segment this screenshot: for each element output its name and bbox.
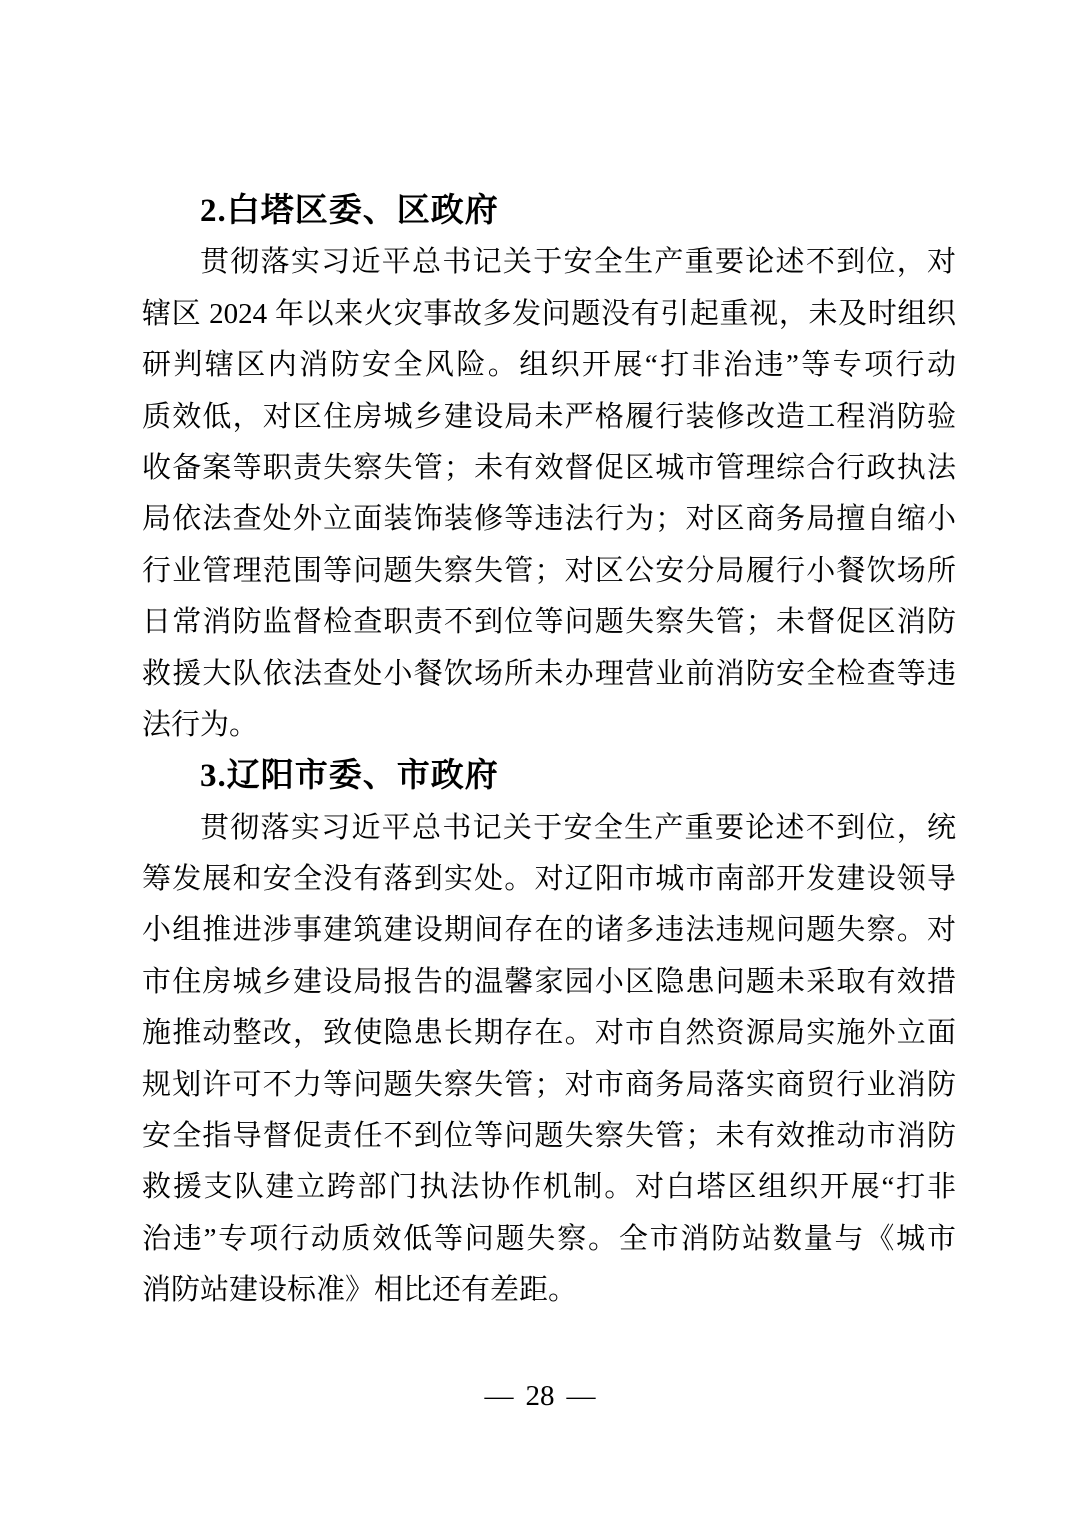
- text-line: 救援支队建立跨部门执法协作机制。对白塔区组织开展“打非: [142, 1162, 956, 1213]
- text-line: 救援大队依法查处小餐饮场所未办理营业前消防安全检查等违: [142, 649, 956, 700]
- page-footer: —28—: [0, 1376, 1080, 1416]
- footer-left-dash: —: [485, 1376, 514, 1416]
- section-heading-baita: 2.白塔区委、区政府: [142, 186, 956, 237]
- text-line: 贯彻落实习近平总书记关于安全生产重要论述不到位，统: [142, 803, 956, 854]
- text-line: 行业管理范围等问题失察失管；对区公安分局履行小餐饮场所: [142, 546, 956, 597]
- text-line: 小组推进涉事建筑建设期间存在的诸多违法违规问题失察。对: [142, 905, 956, 956]
- text-line: 治违”专项行动质效低等问题失察。全市消防站数量与《城市: [142, 1214, 956, 1265]
- text-line: 辖区 2024 年以来火灾事故多发问题没有引起重视，未及时组织: [142, 289, 956, 340]
- document-body: 2.白塔区委、区政府 贯彻落实习近平总书记关于安全生产重要论述不到位，对 辖区 …: [142, 186, 956, 1317]
- text-line: 市住房城乡建设局报告的温馨家园小区隐患问题未采取有效措: [142, 957, 956, 1008]
- text-line: 贯彻落实习近平总书记关于安全生产重要论述不到位，对: [142, 237, 956, 288]
- text-line: 日常消防监督检查职责不到位等问题失察失管；未督促区消防: [142, 597, 956, 648]
- footer-right-dash: —: [567, 1376, 596, 1416]
- document-page: 2.白塔区委、区政府 贯彻落实习近平总书记关于安全生产重要论述不到位，对 辖区 …: [0, 0, 1080, 1527]
- text-line: 收备案等职责失察失管；未有效督促区城市管理综合行政执法: [142, 443, 956, 494]
- text-line: 研判辖区内消防安全风险。组织开展“打非治违”等专项行动: [142, 340, 956, 391]
- text-line: 筹发展和安全没有落到实处。对辽阳市城市南部开发建设领导: [142, 854, 956, 905]
- page-number: 28: [526, 1380, 555, 1412]
- text-line: 施推动整改，致使隐患长期存在。对市自然资源局实施外立面: [142, 1008, 956, 1059]
- text-line: 规划许可不力等问题失察失管；对市商务局落实商贸行业消防: [142, 1060, 956, 1111]
- section-baita-paragraph: 贯彻落实习近平总书记关于安全生产重要论述不到位，对 辖区 2024 年以来火灾事…: [142, 237, 956, 751]
- text-line: 局依法查处外立面装饰装修等违法行为；对区商务局擅自缩小: [142, 494, 956, 545]
- section-liaoyang-paragraph: 贯彻落实习近平总书记关于安全生产重要论述不到位，统 筹发展和安全没有落到实处。对…: [142, 803, 956, 1317]
- text-line: 法行为。: [142, 700, 956, 751]
- text-line: 质效低，对区住房城乡建设局未严格履行装修改造工程消防验: [142, 392, 956, 443]
- section-heading-liaoyang: 3.辽阳市委、市政府: [142, 751, 956, 802]
- text-line: 消防站建设标准》相比还有差距。: [142, 1265, 956, 1316]
- text-line: 安全指导督促责任不到位等问题失察失管；未有效推动市消防: [142, 1111, 956, 1162]
